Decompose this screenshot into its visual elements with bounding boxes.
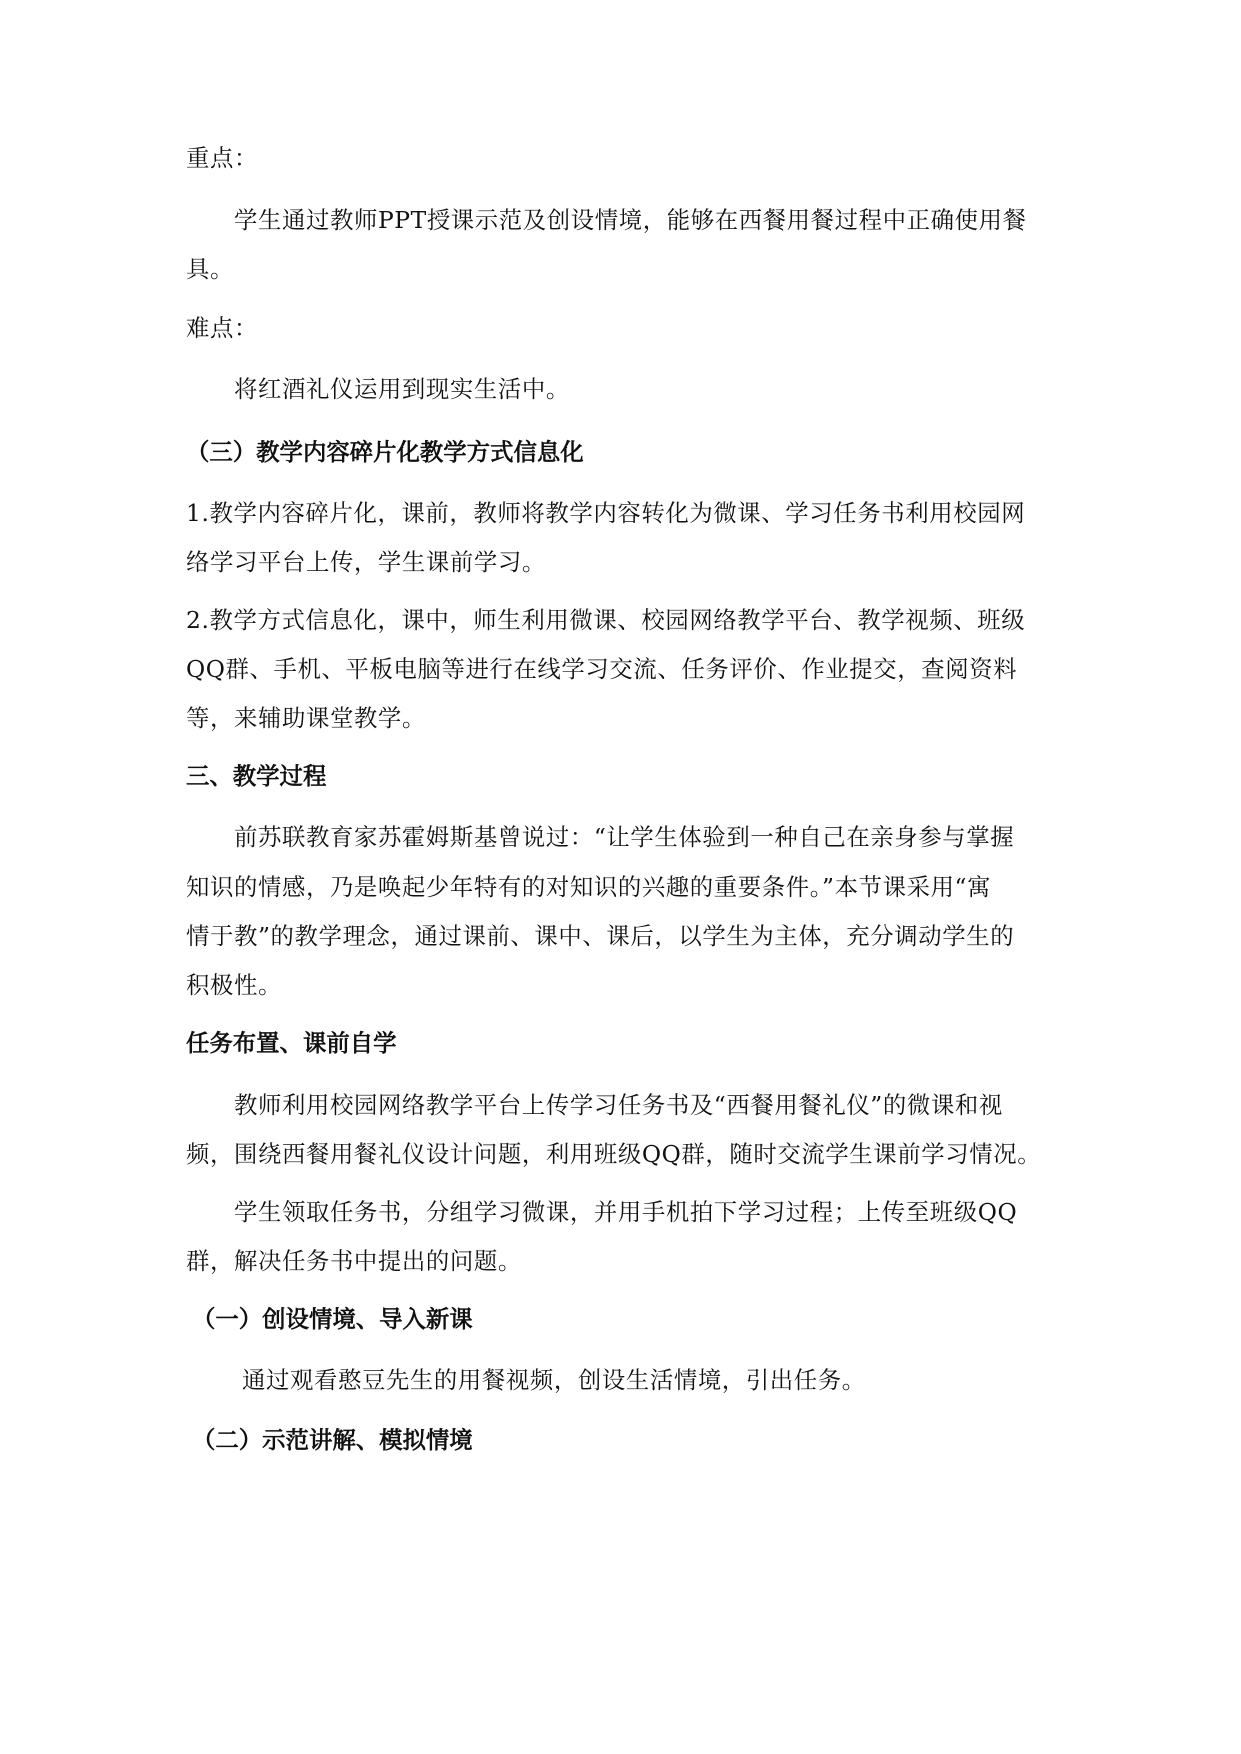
key-points-text-line-2: 具。 — [186, 254, 234, 284]
quote-paragraph-line-4: 积极性。 — [186, 970, 282, 1000]
student-paragraph-line-2: 群，解决任务书中提出的问题。 — [186, 1246, 522, 1276]
quote-paragraph-line-3: 情于教”的教学理念，通过课前、课中、课后，以学生为主体，充分调动学生的 — [186, 921, 1014, 951]
subsection-2-heading: （二）示范讲解、模拟情境 — [192, 1425, 473, 1455]
item-2-line-1: 2.教学方式信息化，课中，师生利用微课、校园网络教学平台、教学视频、班级 — [186, 605, 1025, 635]
section-3-heading: （三）教学内容碎片化教学方式信息化 — [186, 437, 584, 467]
item-2-line-3: 等，来辅助课堂教学。 — [186, 703, 426, 733]
key-points-text-line-1: 学生通过教师PPT授课示范及创设情境，能够在西餐用餐过程中正确使用餐 — [234, 205, 1027, 235]
teaching-process-heading: 三、教学过程 — [186, 761, 326, 791]
task-heading: 任务布置、课前自学 — [186, 1028, 397, 1058]
student-paragraph-line-1: 学生领取任务书，分组学习微课，并用手机拍下学习过程；上传至班级QQ — [234, 1197, 1017, 1227]
item-1-line-2: 络学习平台上传，学生课前学习。 — [186, 547, 546, 577]
key-points-label: 重点： — [186, 143, 258, 173]
item-1-line-1: 1.教学内容碎片化，课前，教师将教学内容转化为微课、学习任务书利用校园网 — [186, 498, 1025, 528]
difficulty-label: 难点： — [186, 313, 258, 343]
teacher-paragraph-line-2: 频，围绕西餐用餐礼仪设计问题，利用班级QQ群，随时交流学生课前学习情况。 — [186, 1139, 1041, 1169]
teacher-paragraph-line-1: 教师利用校园网络教学平台上传学习任务书及“西餐用餐礼仪”的微课和视 — [234, 1090, 1003, 1120]
difficulty-text: 将红酒礼仪运用到现实生活中。 — [234, 374, 570, 404]
quote-paragraph-line-1: 前苏联教育家苏霍姆斯基曾说过：“让学生体验到一种自己在亲身参与掌握 — [234, 822, 1014, 852]
subsection-1-text: 通过观看憨豆先生的用餐视频，创设生活情境，引出任务。 — [242, 1365, 866, 1395]
item-2-line-2: QQ群、手机、平板电脑等进行在线学习交流、任务评价、作业提交，查阅资料 — [186, 654, 1017, 684]
subsection-1-heading: （一）创设情境、导入新课 — [192, 1304, 473, 1334]
quote-paragraph-line-2: 知识的情感，乃是唤起少年特有的对知识的兴趣的重要条件。”本节课采用“寓 — [186, 872, 991, 902]
